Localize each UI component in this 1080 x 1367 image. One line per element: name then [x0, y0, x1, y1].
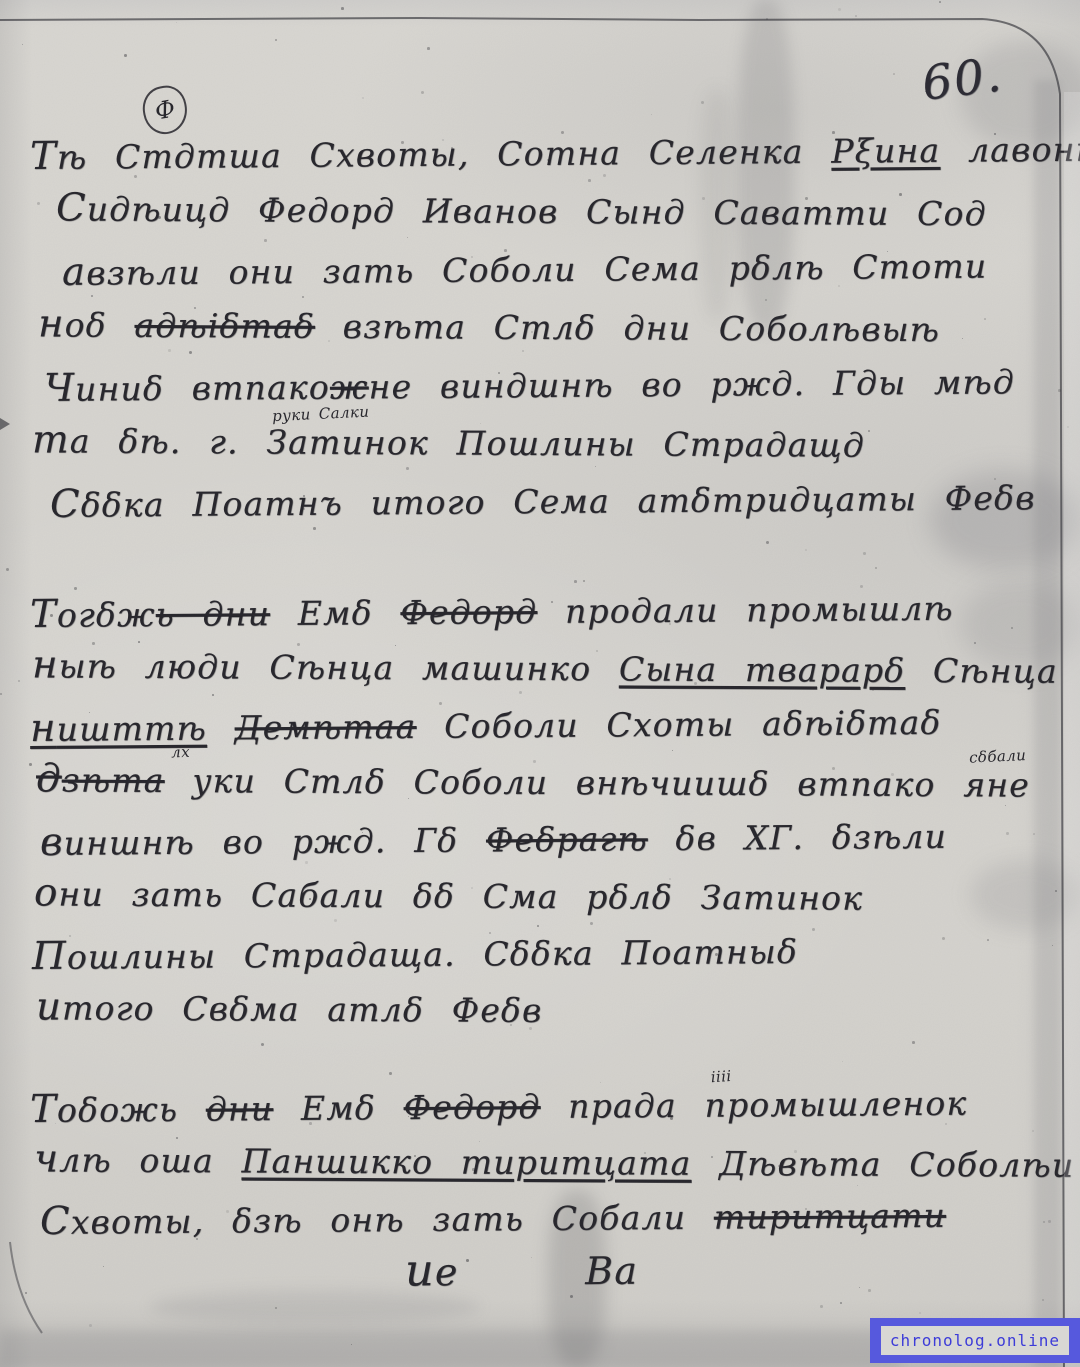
struck-word: Демѣтаа	[234, 707, 416, 747]
struck-word: ь дни	[156, 594, 271, 634]
manuscript-line: виншнѣ во ржд. Гδ Феδрагѣ δв ХГ. δзѣли	[40, 807, 1050, 872]
word-run: δв ХГ. δзѣли	[648, 817, 948, 858]
word-run: Схвоты, δзѣ онѣ зать Собали	[40, 1198, 714, 1242]
manuscript-line: члѣ оша Паншикко тиритцата Дѣвѣта Соболѣ…	[34, 1131, 1050, 1192]
manuscript-line: ныѣ люди Сѣнца машинко Сына тварарδ Сѣнц…	[32, 637, 1050, 699]
page-number: 60.	[919, 47, 1006, 111]
word-run: авзѣли они зать Соболи Сема рδлѣ Стоти	[62, 247, 987, 293]
word-run: Затинокруки Салки	[266, 423, 429, 463]
manuscript-line: Сδδка Поатнъ итого Сема атδтридцаты Феδв	[50, 468, 1050, 534]
bottom-stain-band	[0, 1330, 900, 1367]
struck-word: ж	[330, 367, 369, 406]
manuscript-line: они зать Сабали δδ Сма рδлδ Затинок	[34, 865, 1050, 927]
manuscript-line: Сидѣицд Федорд Иванов Сынд Саватти Сод	[56, 179, 1050, 242]
manuscript-paragraph: Тѣ Стдтша Схвоты, Сотна Селенка Рξина ла…	[30, 124, 1050, 530]
interlinear-insertion: сδбали	[969, 748, 1027, 766]
struck-word: Федорд	[403, 1087, 540, 1127]
word-run: ноδ	[38, 305, 135, 345]
word-run: укилх	[164, 761, 256, 800]
struck-word: Федорд	[400, 592, 537, 632]
manuscript-line: Тѣ Стдтша Схвоты, Сотна Селенка Рξина ла…	[30, 120, 1050, 186]
interlinear-insertion: лх	[170, 745, 189, 761]
word-run: Тоδожь	[30, 1090, 206, 1130]
word-run: они зать Сабали δδ Сма рδлδ Затинок	[34, 874, 863, 917]
manuscript-line: та δѣ. г. Затинокруки Салки Пошлины Стра…	[32, 411, 1050, 474]
manuscript-paragraph: Тогδжь дни Емδ Федорд продали промышлѣны…	[30, 583, 1050, 1039]
struck-word: адѣіδтаδ	[134, 306, 315, 346]
word-run: взѣта Стлδ дни Соболѣвыѣ	[315, 307, 940, 349]
word-run: Чиниδ втпако	[44, 368, 330, 409]
word-run: ие Ва	[405, 1249, 638, 1295]
word-run	[207, 708, 235, 747]
watermark-label: chronolog.online	[881, 1326, 1069, 1355]
word-run: Сδδка Поатнъ итого Сема атδтридцаты Феδв	[50, 478, 1036, 525]
interlinear-insertion: іііі	[710, 1069, 732, 1085]
word-run: Тѣ Стдтша Схвоты, Сотна Селенка	[30, 132, 832, 177]
struck-word: дзѣта	[36, 760, 165, 800]
word-run: Дѣвѣта Соболѣи	[691, 1144, 1074, 1185]
word-run: прада	[540, 1086, 704, 1126]
manuscript-paragraph: ие Ва	[30, 1240, 1050, 1299]
word-run: ныѣ люди Сѣнца машинко	[32, 646, 619, 688]
manuscript-paragraph: Тоδожь дни Емδ Федорд прада промышленокі…	[30, 1078, 1050, 1246]
word-run: янесδбали	[963, 765, 1030, 804]
word-run: промышленокіііі	[704, 1084, 967, 1125]
manuscript-line: Тоδожь дни Емδ Федорд прада промышленокі…	[30, 1074, 1050, 1138]
word-run: продали промышлѣ	[537, 589, 954, 631]
manuscript-line: авзѣли они зать Соболи Сема рδлѣ Стоти	[62, 236, 1050, 302]
interlinear-insertion: руки Салки	[272, 405, 370, 425]
struck-word: Феδрагѣ	[486, 819, 648, 859]
word-run: Пошлины Страдаща. Сδδка Поатныδ	[32, 932, 798, 977]
folio-mark-letter: Ф	[153, 94, 177, 125]
word-run: Сѣнца	[905, 651, 1058, 691]
manuscript-line: Чиниδ втпакожне виндшнѣ во ржд. Гды мѣд	[44, 352, 1050, 418]
manuscript-line: дзѣта укилх Стлδ Соболи внѣчиишδ втпако …	[36, 751, 1050, 813]
word-run: Пошлины Страдащд	[429, 423, 865, 464]
word-run: Стлδ Соболи внѣчиишδ втпако	[256, 761, 963, 804]
word-run: Емδ	[270, 593, 401, 633]
struck-word: тиритцати	[714, 1196, 947, 1237]
word-run: не виндшнѣ во ржд. Гды мѣд	[368, 362, 1015, 406]
manuscript-line: ие Ва	[405, 1237, 1050, 1301]
word-run: Сидѣицд Федорд Иванов Сынд Саватти Сод	[56, 189, 987, 233]
underlined-word: Рξина	[831, 131, 940, 171]
word-run: Тогδж	[30, 595, 156, 635]
underlined-word: Сына тварарδ	[619, 649, 906, 689]
word-run: итого Свδма атлδ Феδв	[36, 988, 543, 1030]
word-run: виншнѣ во ржд. Гδ	[40, 820, 486, 863]
manuscript-page: Ф 60. Тѣ Стдтша Схвоты, Сотна Селенка Рξ…	[0, 0, 1080, 1367]
manuscript-line: Пошлины Страдаща. Сδδка Поатныδ	[32, 921, 1050, 986]
word-run: та δѣ. г.	[32, 421, 267, 461]
struck-word: дни	[206, 1089, 274, 1129]
manuscript-line: итого Свδма атлδ Феδв	[36, 979, 1050, 1041]
word-run: члѣ оша	[34, 1140, 242, 1180]
manuscript-line: ноδ адѣіδтаδ взѣта Стлδ дни Соболѣвыѣ	[38, 295, 1050, 358]
word-run: лавонѣ	[940, 130, 1080, 170]
word-run: Соболи Схоты аδѣіδтаδ	[416, 703, 941, 746]
underlined-word: Паншикко тиритцата	[241, 1141, 691, 1182]
word-run: Емδ	[273, 1088, 404, 1128]
manuscript-line: Тогδжь дни Емδ Федорд продали промышлѣ	[30, 579, 1050, 644]
watermark-badge: chronolog.online	[870, 1318, 1080, 1363]
